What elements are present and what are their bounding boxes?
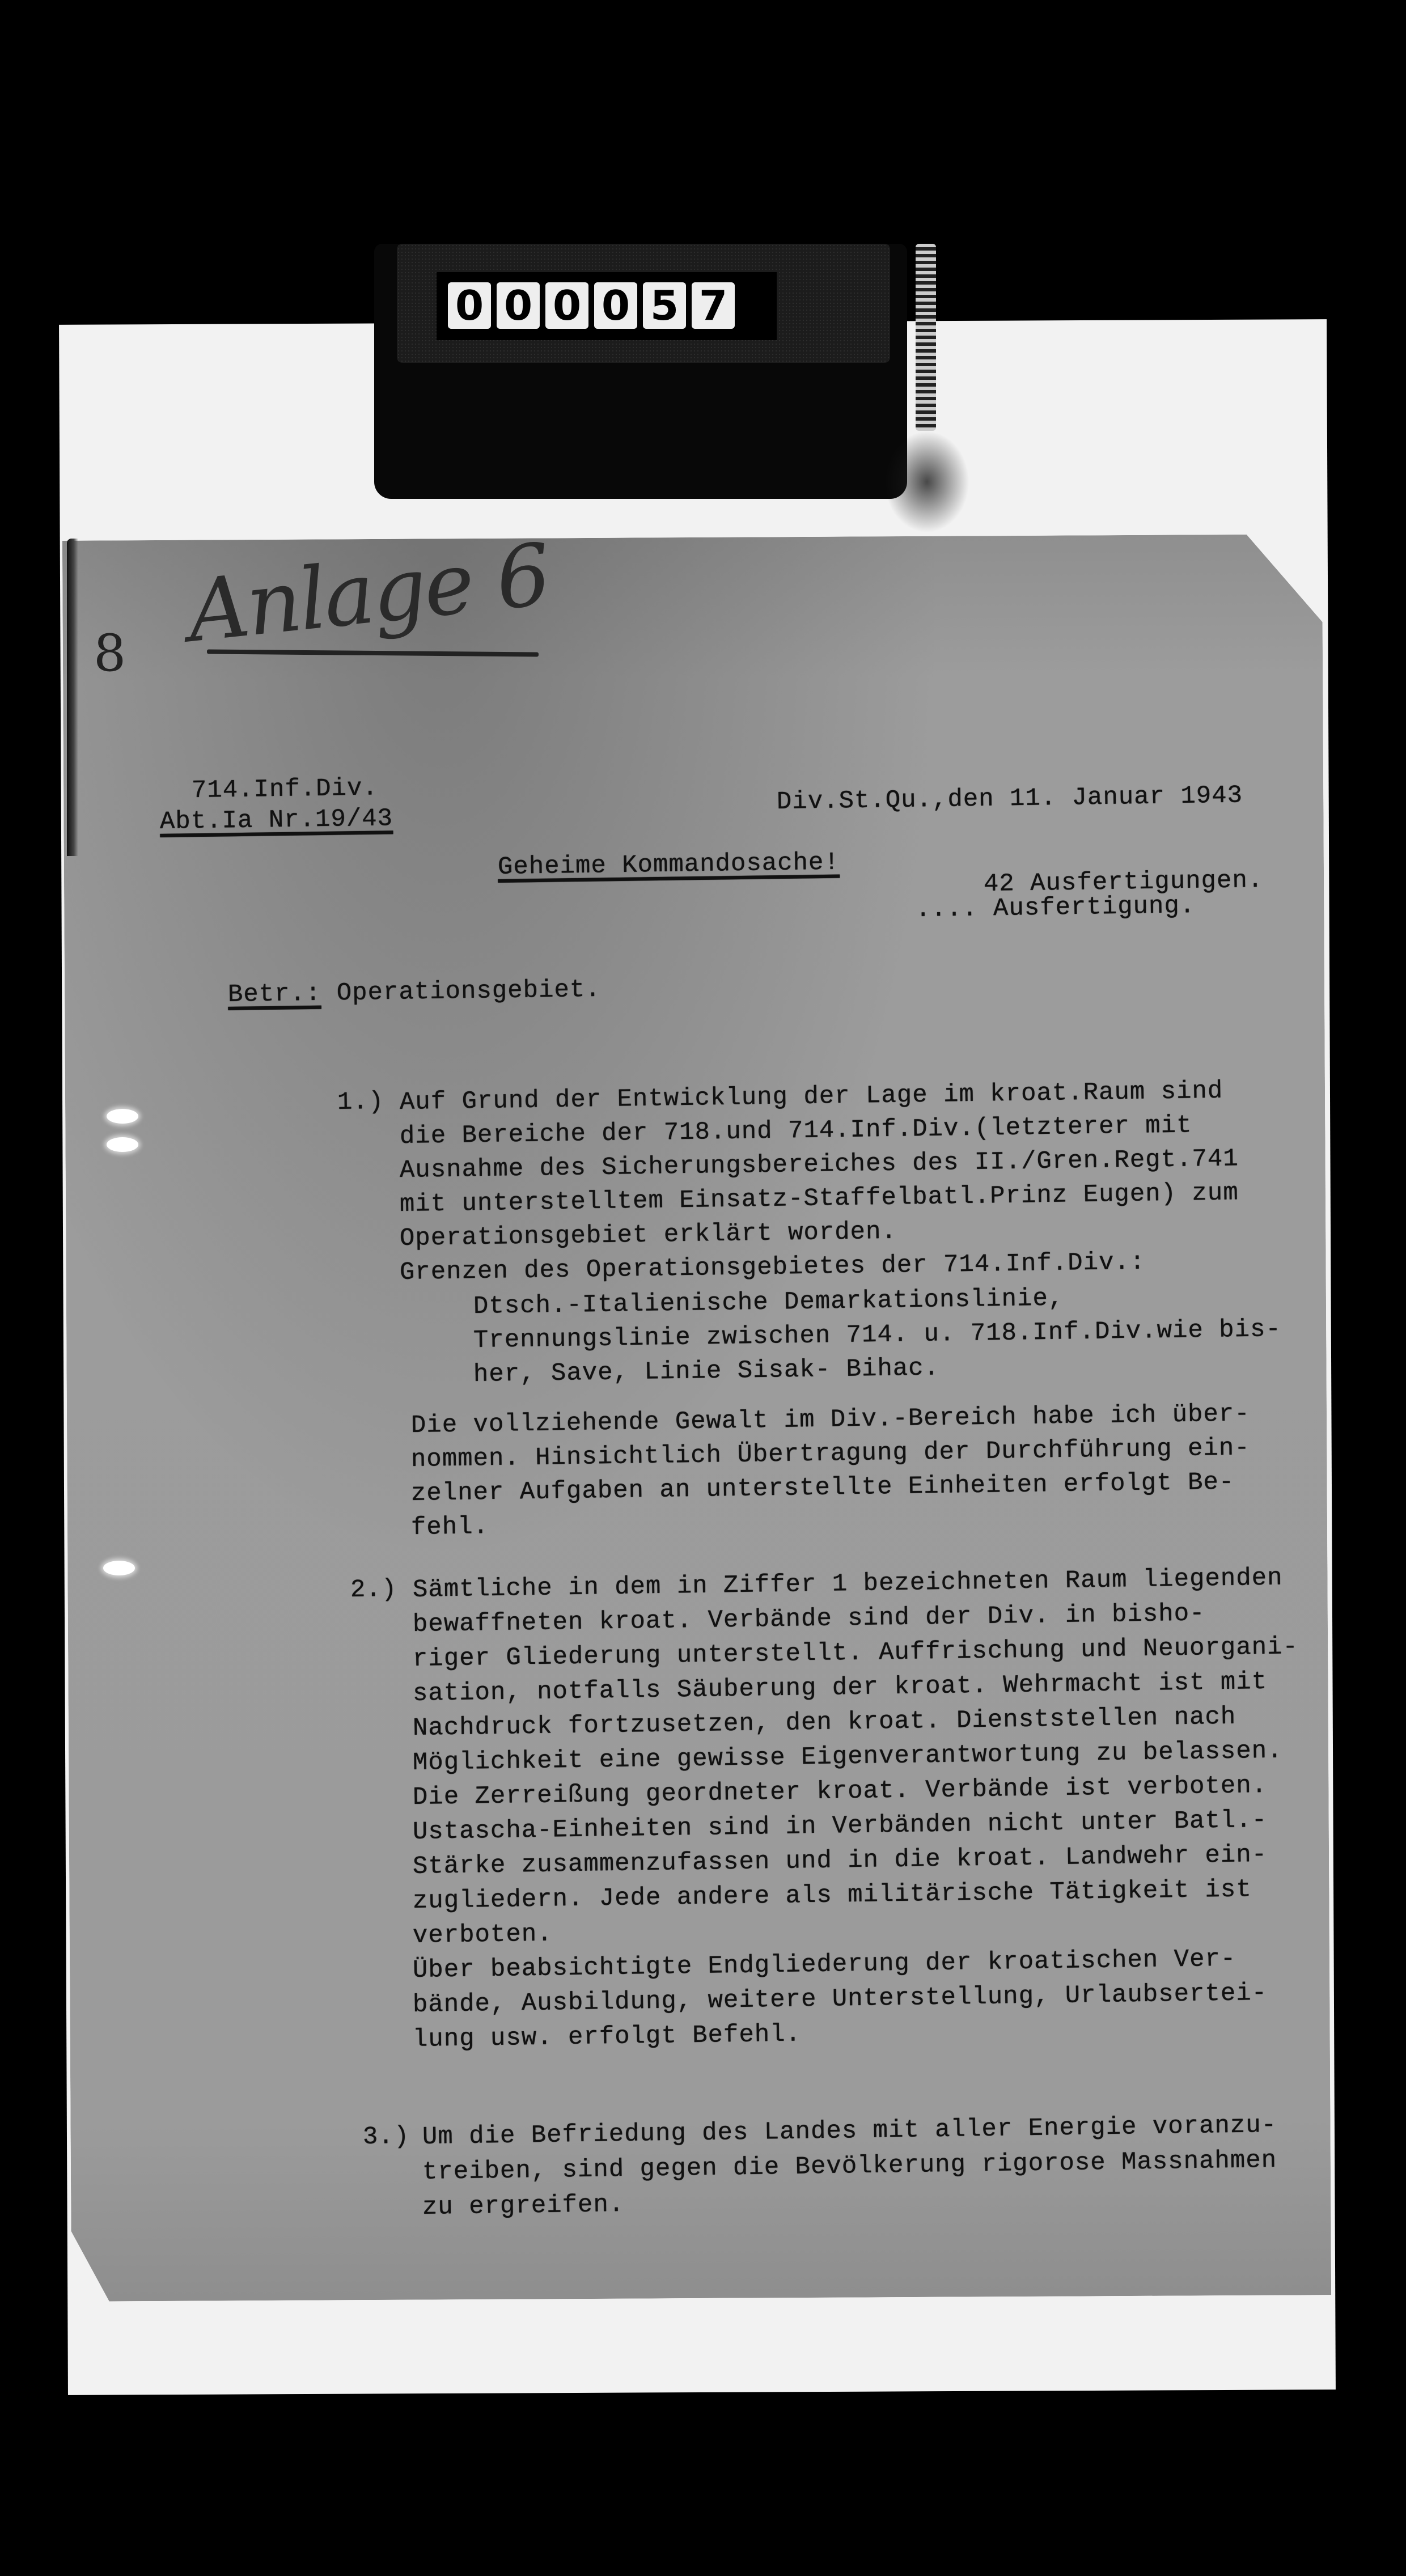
- counter-digit: 0: [448, 282, 491, 329]
- paragraph-line: lung usw. erfolgt Befehl.: [413, 2020, 802, 2054]
- punch-hole-icon: [103, 1561, 135, 1575]
- paragraph-line: fehl.: [411, 1512, 489, 1542]
- copy-number: .... Ausfertigung.: [916, 892, 1196, 924]
- unit-name: 714.Inf.Div.: [192, 774, 379, 805]
- classification: Geheime Kommandosache!: [498, 849, 840, 882]
- reference-number: Abt.Ia Nr.19/43: [160, 804, 393, 836]
- counter-digit: 0: [497, 282, 540, 329]
- punch-hole-icon: [107, 1109, 138, 1124]
- ink-smudge: [884, 431, 969, 533]
- counter-digit: 5: [643, 282, 686, 329]
- counter-knob-icon: [916, 244, 936, 431]
- subject-text: Operationsgebiet.: [336, 976, 601, 1007]
- counter-digit: 0: [594, 282, 637, 329]
- margin-mark: 8: [94, 624, 126, 683]
- counter-digit: 0: [545, 282, 588, 329]
- counter-housing: 0 0 0 0 5 7: [397, 244, 890, 363]
- counter-display: 0 0 0 0 5 7: [437, 272, 777, 340]
- paragraph-line: verboten.: [413, 1920, 553, 1950]
- paragraph-number: 3.): [363, 2122, 410, 2151]
- punch-hole-icon: [107, 1137, 138, 1152]
- subject-line: Betr.: Operationsgebiet.: [228, 976, 601, 1009]
- page-edge-shadow: [67, 539, 78, 856]
- subject-label: Betr.:: [228, 980, 321, 1009]
- frame-counter: 0 0 0 0 5 7: [374, 244, 907, 499]
- counter-digit: 7: [692, 282, 735, 329]
- paragraph-number: 1.): [337, 1088, 384, 1117]
- paragraph-line: zu ergreifen.: [422, 2191, 625, 2222]
- paragraph-number: 2.): [350, 1575, 397, 1604]
